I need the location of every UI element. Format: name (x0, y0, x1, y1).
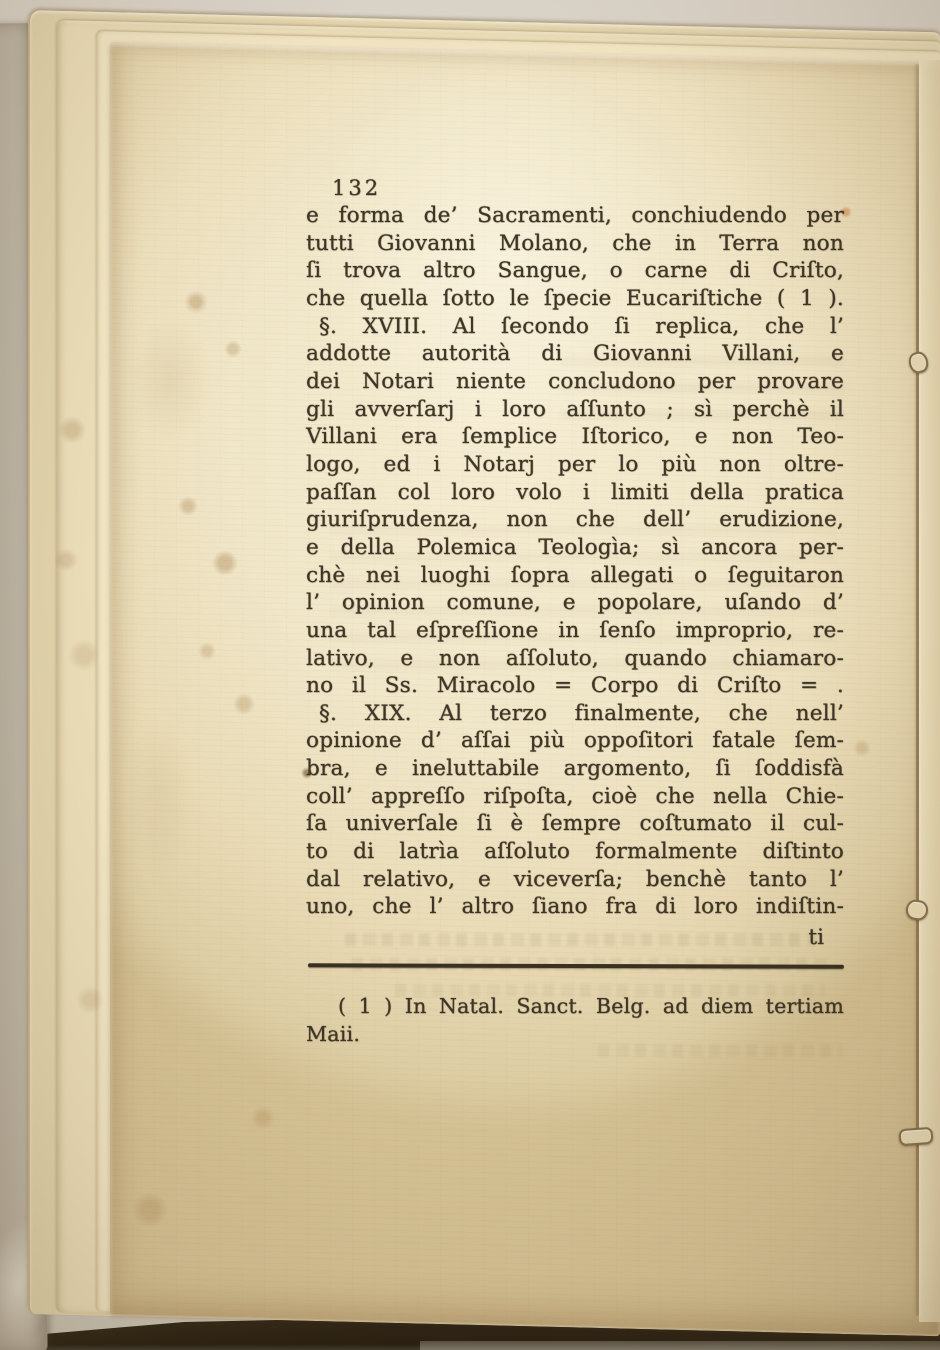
text-line: giuriſprudenza, non che dell’ erudizione… (306, 506, 844, 534)
page-number: 132 (332, 176, 844, 202)
footnote: ( 1 ) In Natal. Sanct. Belg. ad diem ter… (306, 992, 844, 1048)
text-line: l’ opinion comune, e popolare, uſando d’ (306, 589, 844, 617)
text-line: lativo, e non aſſoluto, quando chiamaro- (306, 645, 844, 673)
binding-stitch (898, 1127, 933, 1146)
text-line: dal relativo, e viceverſa; benchè tanto … (306, 866, 844, 894)
text-line: chè nei luoghi ſopra allegati o ſeguitar… (306, 562, 844, 590)
text-line: tutti Giovanni Molano, che in Terra non (306, 230, 844, 258)
body-text: e forma de’ Sacramenti, conchiudendo per… (306, 202, 844, 921)
text-line: ſa univerſale ſi è ſempre coſtumato il c… (306, 810, 844, 838)
text-line: coll’ appreſſo riſpoſta, cioè che nella … (306, 783, 844, 811)
text-line: che quella ſotto le ſpecie Eucariſtiche … (306, 285, 844, 313)
footnote-line: ( 1 ) In Natal. Sanct. Belg. ad diem ter… (306, 992, 844, 1020)
scanner-bed-edge (420, 1341, 940, 1350)
text-line: uno, che l’ altro ſiano fra di loro indi… (306, 893, 844, 921)
text-line: bra, e ineluttabile argomento, ſi ſoddis… (306, 755, 844, 783)
footnote-line: Maii. (306, 1020, 844, 1048)
printed-text-block: 132 e forma de’ Sacramenti, conchiudendo… (306, 176, 844, 950)
text-line: ſi trova altro Sangue, o carne di Criſto… (306, 257, 844, 285)
text-line: to di latrìa aſſoluto formalmente diſtin… (306, 838, 844, 866)
scanned-book-page: 132 e forma de’ Sacramenti, conchiudendo… (0, 0, 940, 1350)
text-line: e forma de’ Sacramenti, conchiudendo per (306, 202, 844, 230)
text-line: addotte autorità di Giovanni Villani, e (306, 340, 844, 368)
text-line: gli avverſarj i loro aſſunto ; sì perchè… (306, 396, 844, 424)
text-line: dei Notari niente concludono per provare (306, 368, 844, 396)
text-line: e della Polemica Teologìa; sì ancora per… (306, 534, 844, 562)
text-line: §. XVIII. Al ſecondo ſi replica, che l’ (306, 313, 844, 341)
text-line: §. XIX. Al terzo finalmente, che nell’ (306, 700, 844, 728)
text-line: una tal eſpreſſione in ſenſo improprio, … (306, 617, 844, 645)
catchword: ti (306, 925, 844, 950)
text-line: Villani era ſemplice Iſtorico, e non Teo… (306, 423, 844, 451)
text-line: opinione d’ aſſai più oppoſitori fatale … (306, 727, 844, 755)
text-line: logo, ed i Notarj per lo più non oltre- (306, 451, 844, 479)
text-line: no il Ss. Miracolo = Corpo di Criſto = . (306, 672, 844, 700)
text-line: paſſan col loro volo i limiti della prat… (306, 479, 844, 507)
